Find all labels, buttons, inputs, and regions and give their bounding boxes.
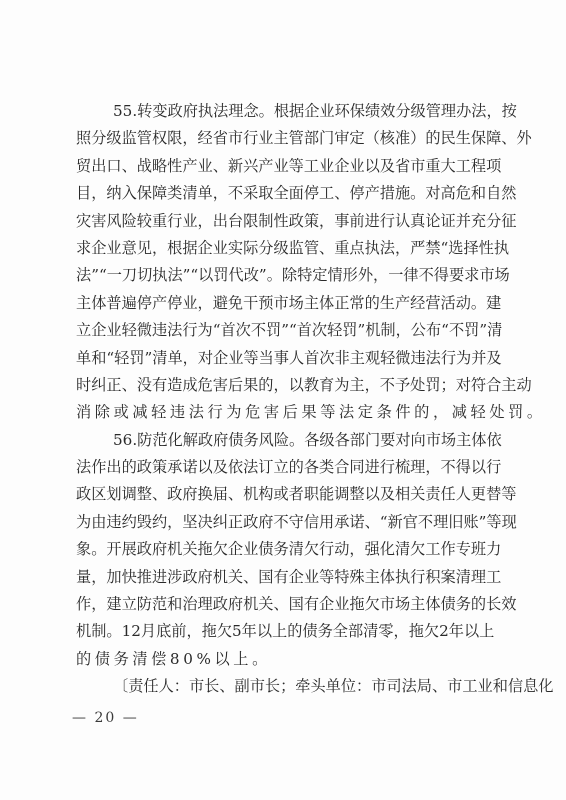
paragraph-55-line: 求企业意见，根据企业实际分级监管、重点执法，严禁“选择性执 bbox=[76, 235, 494, 262]
paragraph-56-line: 机制。12月底前，拖欠5年以上的债务全部清零，拖欠2年以上 bbox=[76, 618, 494, 645]
paragraph-55-line: 照分级监管权限，经省市行业主管部门审定（核准）的民生保障、外 bbox=[76, 125, 494, 152]
paragraph-56-line: 量，加快推进涉政府机关、国有企业等特殊主体执行积案清理工 bbox=[76, 564, 494, 591]
responsibility-line: 〔责任人：市长、副市长；牵头单位：市司法局、市工业和信息化 bbox=[76, 673, 494, 700]
paragraph-55-line: 55.转变政府执法理念。根据企业环保绩效分级管理办法，按 bbox=[76, 98, 494, 125]
paragraph-55-line: 消除或减轻违法行为危害后果等法定条件的，减轻处罚。 bbox=[76, 399, 494, 426]
document-body: 55.转变政府执法理念。根据企业环保绩效分级管理办法，按 照分级监管权限，经省市… bbox=[76, 98, 494, 701]
paragraph-55-line: 主体普遍停产停业，避免干预市场主体正常的生产经营活动。建 bbox=[76, 290, 494, 317]
paragraph-55-line: 灾害风险较重行业，出台限制性政策，事前进行认真论证并充分征 bbox=[76, 208, 494, 235]
paragraph-55-line: 法”“一刀切执法”“以罚代改”。除特定情形外，一律不得要求市场 bbox=[76, 262, 494, 289]
paragraph-56-line: 法作出的政策承诺以及依法订立的各类合同进行梳理，不得以行 bbox=[76, 454, 494, 481]
paragraph-55-line: 贸出口、战略性产业、新兴产业等工业企业以及省市重大工程项 bbox=[76, 153, 494, 180]
paragraph-56-line: 政区划调整、政府换届、机构或者职能调整以及相关责任人更替等 bbox=[76, 481, 494, 508]
paragraph-56-line: 作，建立防范和治理政府机关、国有企业拖欠市场主体债务的长效 bbox=[76, 591, 494, 618]
paragraph-55-line: 立企业轻微违法行为“首次不罚”“首次轻罚”机制，公布“不罚”清 bbox=[76, 317, 494, 344]
paragraph-55-line: 目，纳入保障类清单，不采取全面停工、停产措施。对高危和自然 bbox=[76, 180, 494, 207]
paragraph-55-line: 时纠正、没有造成危害后果的，以教育为主，不予处罚；对符合主动 bbox=[76, 372, 494, 399]
document-page: 55.转变政府执法理念。根据企业环保绩效分级管理办法，按 照分级监管权限，经省市… bbox=[0, 0, 566, 800]
paragraph-56-line: 为由违约毁约，坚决纠正政府不守信用承诺、“新官不理旧账”等现 bbox=[76, 509, 494, 536]
paragraph-56-line: 56.防范化解政府债务风险。各级各部门要对向市场主体依 bbox=[76, 427, 494, 454]
paragraph-55-line: 单和“轻罚”清单，对企业等当事人首次非主观轻微违法行为并及 bbox=[76, 345, 494, 372]
paragraph-56-line: 的债务清偿80%以上。 bbox=[76, 646, 494, 673]
paragraph-56-line: 象。开展政府机关拖欠企业债务清欠行动，强化清欠工作专班力 bbox=[76, 536, 494, 563]
page-number: — 20 — bbox=[72, 708, 139, 728]
